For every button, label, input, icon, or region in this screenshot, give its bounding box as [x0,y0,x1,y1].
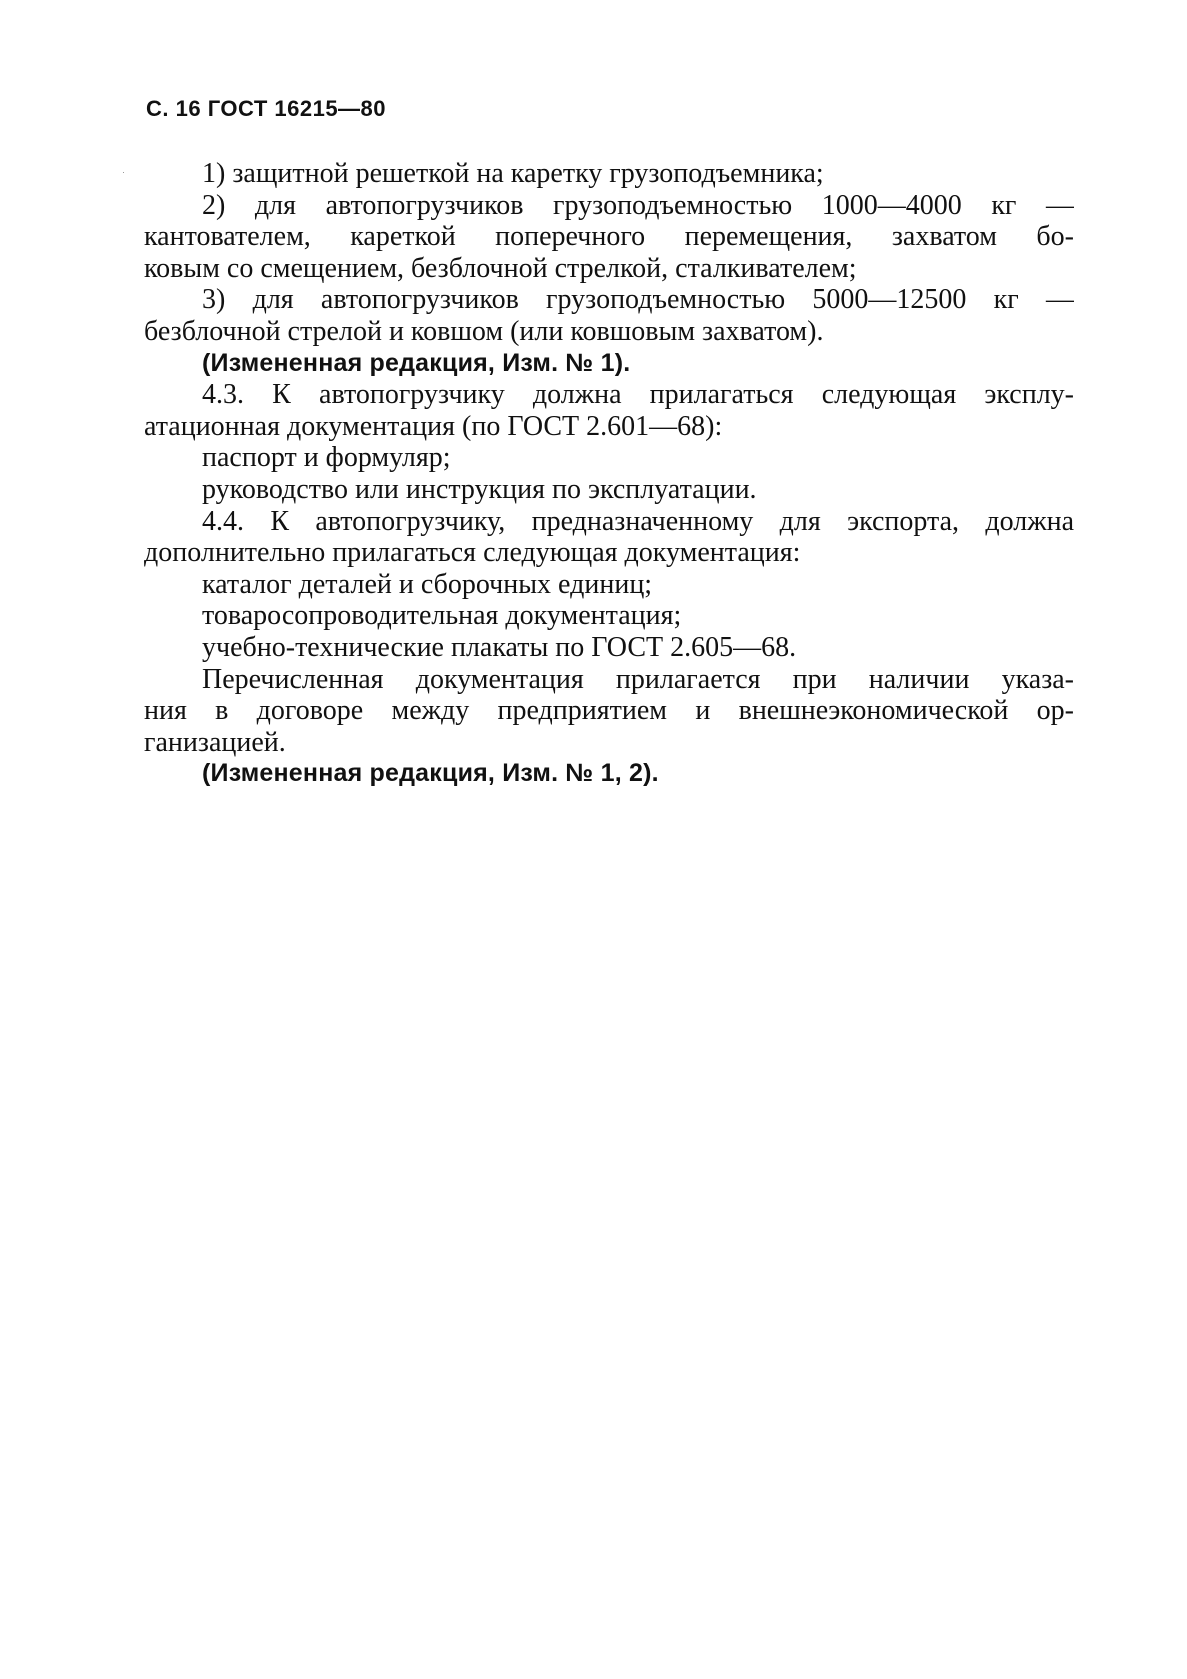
page-header: С. 16 ГОСТ 16215—80 [146,96,386,122]
clause-4-3-line-2: атационная документация (по ГОСТ 2.601—6… [144,411,1074,443]
clause-4-3-line-1: 4.3. К автопогрузчику должна прилагаться… [144,379,1074,411]
list-item-3-line-1: 3) для автопогрузчиков грузоподъемностью… [144,284,1074,316]
list-item-2-line-2: кантователем, кареткой поперечного перем… [144,221,1074,253]
closing-paragraph-line-3: ганизацией. [144,727,1074,759]
clause-4-4-item-3: учебно-технические плакаты по ГОСТ 2.605… [144,632,1074,664]
clause-4-3-item-2: руководство или инструкция по эксплуатац… [144,474,1074,506]
closing-paragraph-line-1: Перечисленная документация прилагается п… [144,664,1074,696]
document-body: 1) защитной решеткой на каретку грузопод… [144,158,1074,790]
amendment-note-1: (Измененная редакция, Изм. № 1). [144,348,1074,380]
scan-speck [123,172,124,173]
list-item-3-line-2: безблочной стрелой и ковшом (или ковшовы… [144,316,1074,348]
clause-4-4-item-2: товаросопроводительная документация; [144,600,1074,632]
clause-4-4-line-1: 4.4. К автопогрузчику, предназначенному … [144,506,1074,538]
list-item-2-line-1: 2) для автопогрузчиков грузоподъемностью… [144,190,1074,222]
closing-paragraph-line-2: ния в договоре между предприятием и внеш… [144,695,1074,727]
clause-4-3-item-1: паспорт и формуляр; [144,442,1074,474]
amendment-note-2: (Измененная редакция, Изм. № 1, 2). [144,758,1074,790]
clause-4-4-item-1: каталог деталей и сборочных единиц; [144,569,1074,601]
list-item-2-line-3: ковым со смещением, безблочной стрелкой,… [144,253,1074,285]
clause-4-4-line-2: дополнительно прилагаться следующая доку… [144,537,1074,569]
list-item-1: 1) защитной решеткой на каретку грузопод… [144,158,1074,190]
